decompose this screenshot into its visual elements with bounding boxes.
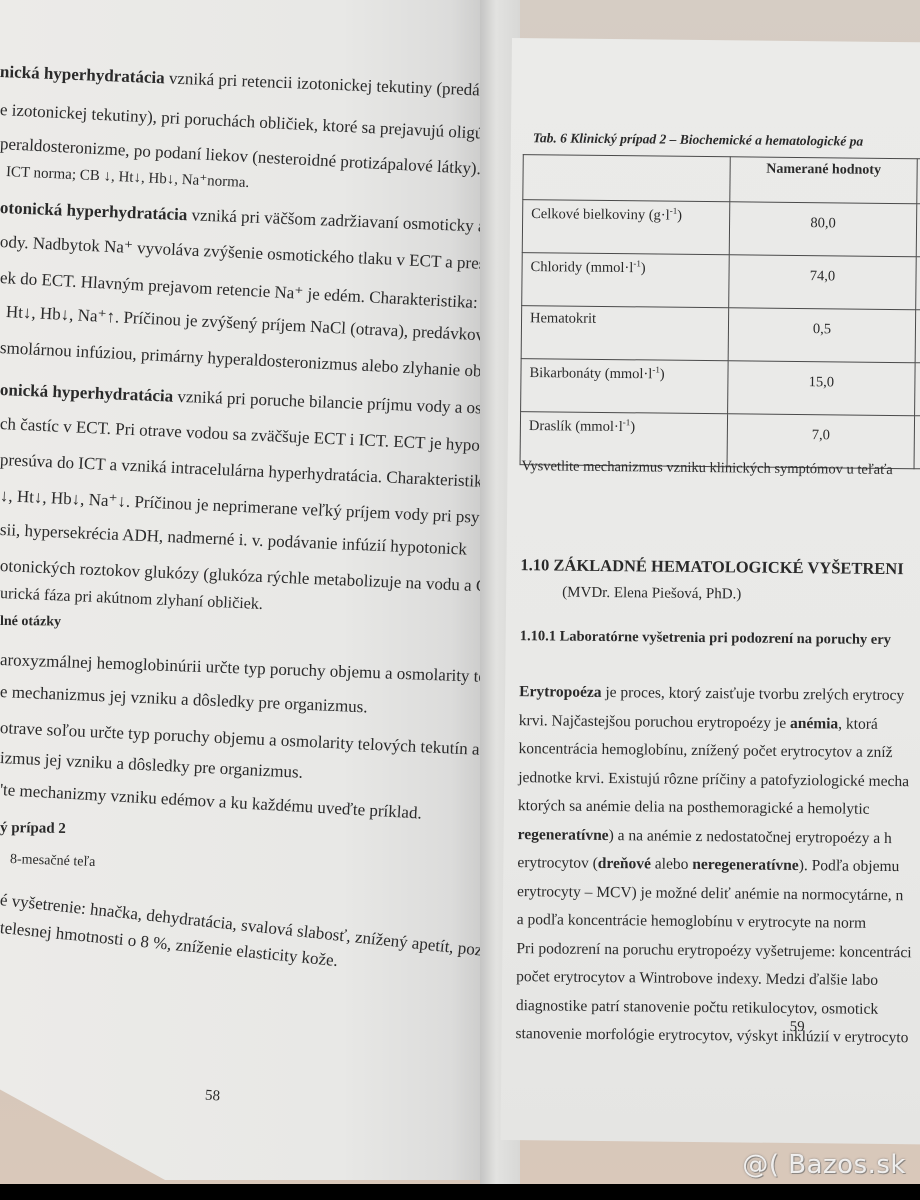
table-row: Celkové bielkoviny (g·l-1)80,0 xyxy=(522,200,920,258)
left-text-line: 'te mechanizmy vzniku edémov a ku každém… xyxy=(0,780,422,824)
paragraph-line: počet erytrocytov a Wintrobove indexy. M… xyxy=(516,963,911,996)
reference-cell xyxy=(916,204,920,258)
bold-term: dreňové xyxy=(598,855,651,873)
param-cell: Hematokrit xyxy=(521,306,729,361)
table-row: Chloridy (mmol·l-1)74,0 xyxy=(522,253,920,311)
reference-cell xyxy=(915,310,920,364)
value-cell: 74,0 xyxy=(729,255,917,310)
paragraph-line: regeneratívne) a na anémie z nedostatočn… xyxy=(518,821,913,854)
paragraph-line: diagnostike patrí stanovenie počtu retik… xyxy=(516,992,911,1025)
paragraph-line: erytrocytov (dreňové alebo neregeneratív… xyxy=(517,849,912,882)
photo-scene: nická hyperhydratácia vzniká pri retenci… xyxy=(0,0,920,1184)
reference-cell xyxy=(915,363,920,417)
bold-term: neregeneratívne xyxy=(692,856,799,874)
left-text-line: nická hyperhydratácia vzniká pri retenci… xyxy=(0,62,520,102)
param-cell: Chloridy (mmol·l-1) xyxy=(522,253,730,308)
bold-term: nická hyperhydratácia xyxy=(0,62,165,87)
paragraph-line: koncentrácia hemoglobínu, znížený počet … xyxy=(518,735,913,768)
erythropoiesis-paragraph: Erytropoéza je proces, ktorý zaisťuje tv… xyxy=(515,678,914,1053)
case-question: Vysvetlite mechanizmus vzniku klinických… xyxy=(521,458,892,479)
left-page-number: 58 xyxy=(204,1087,220,1105)
left-text-line: izmus jej vzniku a dôsledky pre organizm… xyxy=(0,748,303,783)
table-row: Bikarbonáty (mmol·l-1)15,0 xyxy=(521,359,920,417)
left-text-line: sii, hypersekrécia ADH, nadmerné i. v. p… xyxy=(0,520,467,560)
left-text-line: ICT norma; CB ↓, Ht↓, Hb↓, Na⁺norma. xyxy=(6,162,250,193)
table-caption: Tab. 6 Klinický prípad 2 – Biochemické a… xyxy=(533,130,863,149)
value-cell: 15,0 xyxy=(728,361,916,416)
paragraph-line: erytrocyty – MCV) je možné deliť anémie … xyxy=(517,878,912,911)
value-cell: 80,0 xyxy=(729,202,917,257)
paragraph-line: a podľa koncentrácie hemoglobínu v erytr… xyxy=(517,906,912,939)
left-text-line: onická hyperhydratácia vzniká pri poruch… xyxy=(0,380,504,419)
left-page-text: nická hyperhydratácia vzniká pri retenci… xyxy=(0,0,520,1184)
left-text-line: 8-mesačné teľa xyxy=(10,850,96,873)
paragraph-line: ktorých sa anémie delia na posthemoragic… xyxy=(518,792,913,825)
left-text-line: smolárnou infúziou, primárny hyperaldost… xyxy=(0,338,520,384)
bold-term: ý prípad 2 xyxy=(0,820,66,837)
chapter-heading: 1.10 ZÁKLADNÉ HEMATOLOGICKÉ VYŠETRENI xyxy=(520,555,903,579)
left-text-line: lné otázky xyxy=(0,612,61,633)
subchapter-heading: 1.10.1 Laboratórne vyšetrenia pri podozr… xyxy=(520,628,891,649)
value-cell: 0,5 xyxy=(728,308,916,363)
bold-term: onická hyperhydratácia xyxy=(0,380,174,406)
paragraph-line: Pri podozrení na poruchu erytropoézy vyš… xyxy=(516,935,911,968)
paragraph-line: Erytropoéza je proces, ktorý zaisťuje tv… xyxy=(519,678,914,711)
right-page-number: 59 xyxy=(790,1019,805,1036)
table-header-row: Namerané hodnoty xyxy=(523,155,920,205)
param-cell: Bikarbonáty (mmol·l-1) xyxy=(521,359,729,414)
bottom-black-bar xyxy=(0,1184,920,1200)
chapter-author: (MVDr. Elena Piešová, PhD.) xyxy=(562,585,741,604)
bold-term: otonická hyperhydratácia xyxy=(0,198,188,224)
reference-cell xyxy=(916,257,920,311)
bazos-watermark: @( Bazos.sk xyxy=(742,1150,906,1180)
param-cell: Celkové bielkoviny (g·l-1) xyxy=(522,200,730,255)
table-header-param xyxy=(523,155,730,202)
paragraph-line: stanovenie morfológie erytrocytov, výsky… xyxy=(515,1020,910,1053)
bold-term: regeneratívne xyxy=(518,826,609,844)
left-text-line: presúva do ICT a vzniká intracelulárna h… xyxy=(0,450,520,495)
left-text-line: aroxyzmálnej hemoglobinúrii určte typ po… xyxy=(0,650,520,689)
right-page: Tab. 6 Klinický prípad 2 – Biochemické a… xyxy=(500,38,920,1144)
left-text-line: otonická hyperhydratácia vzniká pri väčš… xyxy=(0,198,520,239)
lab-results-table: Namerané hodnoty Celkové bielkoviny (g·l… xyxy=(520,154,920,470)
left-text-line: ý prípad 2 xyxy=(0,818,66,839)
table-header-measured: Namerané hodnoty xyxy=(730,157,917,204)
reference-cell xyxy=(914,416,920,470)
bold-term: lné otázky xyxy=(0,614,61,630)
bold-term: anémia xyxy=(790,714,838,732)
bold-term: Erytropoéza xyxy=(519,683,602,701)
left-text-line: urická fáza pri akútnom zlyhaní obličiek… xyxy=(0,584,263,615)
left-text-line: ch častíc v ECT. Pri otrave vodou sa zvä… xyxy=(0,414,520,459)
left-text-line: ody. Nadbytok Na⁺ vyvoláva zvýšenie osmo… xyxy=(0,232,520,276)
paragraph-line: jednotke krvi. Existujú rôzne príčiny a … xyxy=(518,764,913,797)
paragraph-line: krvi. Najčastejšou poruchou erytropoézy … xyxy=(519,707,914,740)
table-row: Hematokrit0,5 xyxy=(521,306,920,364)
left-text-line: e mechanizmus jej vzniku a dôsledky pre … xyxy=(0,682,368,717)
